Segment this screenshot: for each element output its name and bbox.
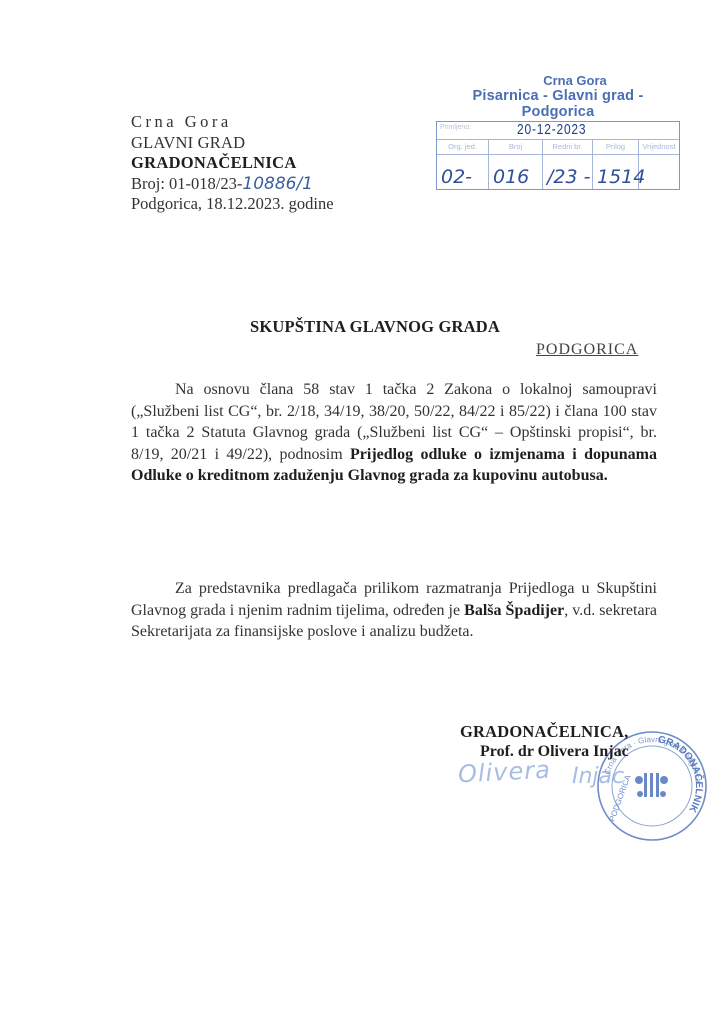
letterhead-office: GRADONAČELNICA (131, 153, 334, 174)
stamp-line-1: Crna Gora (436, 74, 680, 88)
stamp-value: 02- (437, 155, 489, 189)
recipient-city: PODGORICA (536, 341, 638, 359)
stamp-value: 1514 (593, 155, 639, 189)
stamp-col-header: Broj (489, 140, 543, 155)
stamp-header-row: Org. jed. Broj Redni br. Prilog Vrijedno… (437, 140, 679, 155)
letterhead-country: Crna Gora (131, 112, 334, 133)
signatory-name: Prof. dr Olivera Injac (480, 743, 629, 761)
recipient-name: SKUPŠTINA GLAVNOG GRADA (250, 317, 500, 337)
p2-bold-representative: Balša Špadijer (464, 602, 564, 619)
body-paragraph-2: Za predstavnika predlagača prilikom razm… (131, 578, 657, 643)
document-date: Podgorica, 18.12.2023. godine (131, 194, 334, 215)
document-number-label: Broj: 01-018/23- (131, 174, 242, 193)
document-number: Broj: 01-018/23-10886/1 (131, 174, 334, 195)
stamp-col-header: Vrijednost (639, 140, 679, 155)
letterhead: Crna Gora GLAVNI GRAD GRADONAČELNICA Bro… (131, 112, 334, 215)
signatory-title: GRADONAČELNICA, (460, 722, 628, 742)
stamp-received-date: 20-12-2023 (517, 121, 586, 138)
letterhead-city: GLAVNI GRAD (131, 133, 334, 154)
stamp-date-label: Primljeno: (440, 124, 471, 131)
stamp-value: /23 - (543, 155, 593, 189)
seal-left-text: PODGORICA (607, 773, 632, 823)
stamp-col-header: Org. jed. (437, 140, 489, 155)
stamp-date-row: Primljeno: 20-12-2023 (437, 122, 679, 140)
stamp-value: 016 (489, 155, 543, 189)
stamp-col-header: Redni br. (543, 140, 593, 155)
stamp-col-header: Prilog (593, 140, 639, 155)
stamp-value-row: 02- 016 /23 - 1514 (437, 155, 679, 189)
document-number-handwritten: 10886/1 (242, 174, 313, 194)
registry-stamp: Crna Gora Pisarnica - Glavni grad - Podg… (436, 74, 680, 190)
stamp-line-2: Pisarnica - Glavni grad - Podgorica (436, 88, 680, 120)
stamp-value (639, 155, 679, 189)
body-paragraph-1: Na osnovu člana 58 stav 1 tačka 2 Zakona… (131, 379, 657, 487)
stamp-box: Primljeno: 20-12-2023 Org. jed. Broj Red… (436, 121, 680, 190)
